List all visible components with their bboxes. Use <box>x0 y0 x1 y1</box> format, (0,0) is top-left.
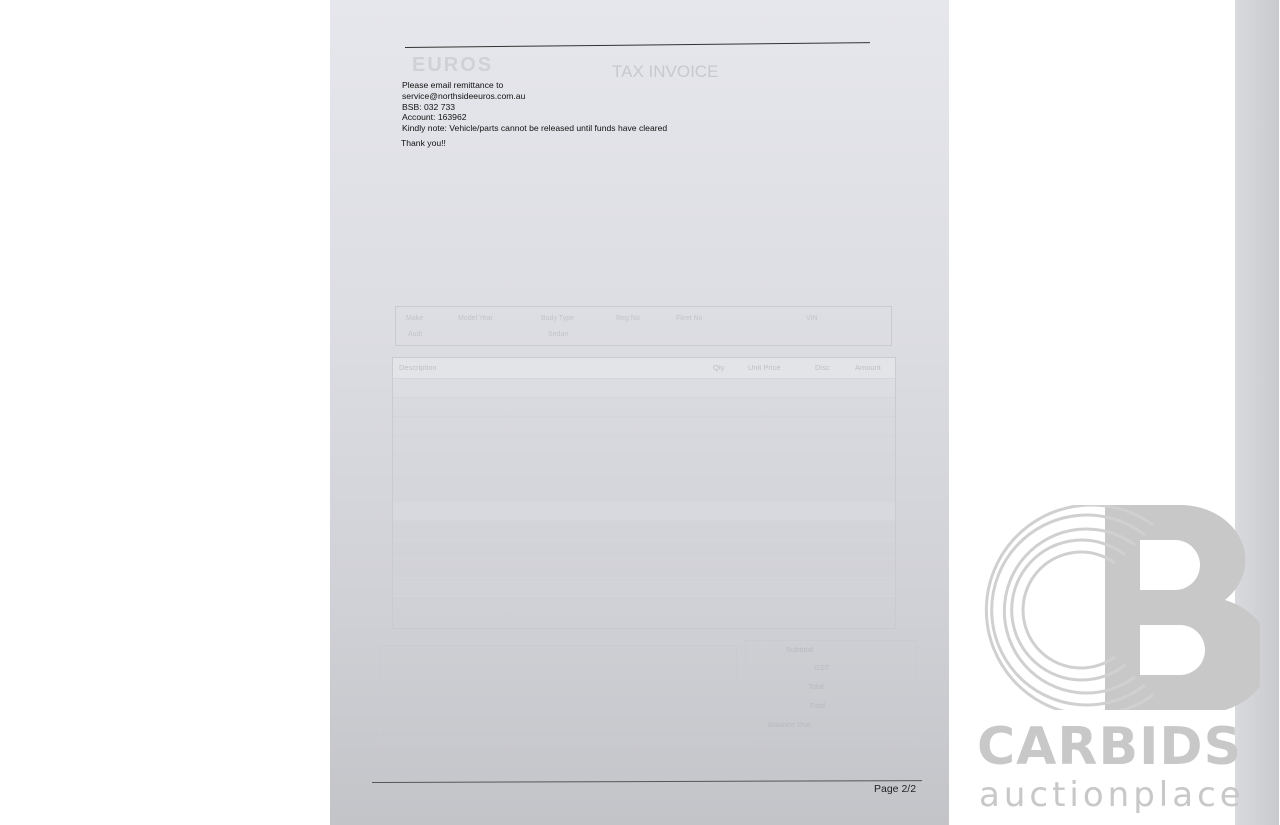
remittance-note: Please email remittance to service@north… <box>402 80 667 134</box>
company-logo-faint: EUROS <box>412 54 493 77</box>
col-description: Description <box>399 363 437 372</box>
remittance-bsb: BSB: 032 733 <box>402 102 667 113</box>
vehicle-details-box: Make Model Year Body Type Reg No Fleet N… <box>395 306 892 346</box>
table-row <box>393 435 895 455</box>
col-amount: Amount <box>855 363 881 372</box>
total-row: Total <box>746 678 916 697</box>
carbids-watermark: CARBIDS auctionplace <box>975 505 1260 815</box>
table-row <box>393 577 895 597</box>
total-label: Total <box>808 682 824 691</box>
table-row <box>393 397 895 417</box>
line-items-table: Description Qty Unit Price Disc Amount <box>392 357 896 629</box>
balance-due-label: Balance Due <box>768 720 811 729</box>
totals-box: Subtotal GST Total Paid Balance Due <box>745 640 917 737</box>
remittance-account: Account: 163962 <box>402 112 667 123</box>
table-row <box>393 416 895 436</box>
vehicle-header: Model Year <box>458 315 493 322</box>
watermark-brand: CARBIDS <box>977 717 1242 777</box>
table-row <box>393 558 895 578</box>
vehicle-header: Body Type <box>541 315 574 322</box>
notes-box <box>380 645 737 742</box>
watermark-tagline: auctionplace <box>979 775 1245 815</box>
total-row: Balance Due <box>746 716 916 735</box>
gst-label: GST <box>814 663 829 672</box>
col-disc: Disc <box>815 363 830 372</box>
col-unit-price: Unit Price <box>748 363 781 372</box>
table-row <box>393 454 895 483</box>
table-row <box>393 539 895 559</box>
page-number: Page 2/2 <box>874 783 916 795</box>
col-qty: Qty <box>713 363 725 372</box>
table-row <box>393 501 895 521</box>
subtotal-label: Subtotal <box>786 645 814 654</box>
total-row: Paid <box>746 697 916 716</box>
release-note: Kindly note: Vehicle/parts cannot be rel… <box>402 123 667 134</box>
vehicle-header: Fleet No <box>676 315 702 322</box>
table-row <box>393 482 895 502</box>
paid-label: Paid <box>810 701 825 710</box>
vehicle-header: Reg No <box>616 315 640 322</box>
thank-you: Thank you!! <box>401 138 446 148</box>
table-row <box>393 378 895 398</box>
vehicle-header: VIN <box>806 315 818 322</box>
remittance-email: service@northsideeuros.com.au <box>402 91 667 102</box>
vehicle-value: Sedan <box>548 331 568 338</box>
table-header: Description Qty Unit Price Disc Amount <box>393 358 895 378</box>
tax-invoice-title: TAX INVOICE <box>612 62 718 82</box>
table-row <box>393 596 895 616</box>
vehicle-value: Audi <box>408 331 422 338</box>
carbids-logo-icon <box>975 505 1260 710</box>
total-row: GST <box>746 659 916 678</box>
total-row: Subtotal <box>746 641 916 660</box>
vehicle-header: Make <box>406 315 423 322</box>
table-row <box>393 520 895 540</box>
remittance-line: Please email remittance to <box>402 80 667 91</box>
